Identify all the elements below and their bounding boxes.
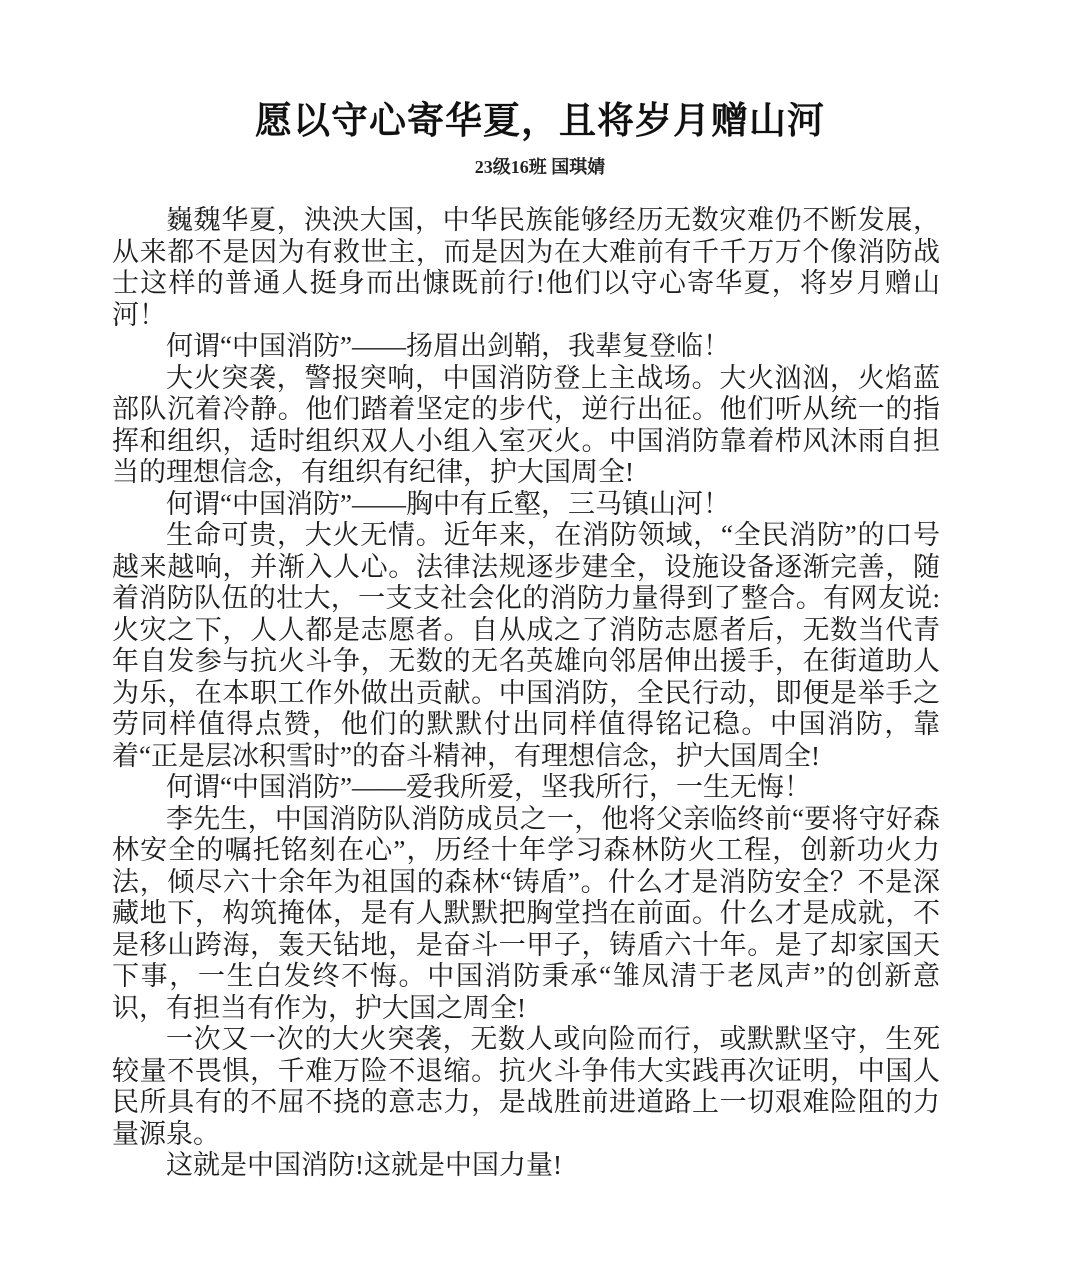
paragraph: 这就是中国消防!这就是中国力量!: [112, 1150, 940, 1182]
paragraph: 生命可贵，大火无情。近年来，在消防领域，“全民消防”的口号越来越响，并渐入人心。…: [112, 520, 940, 772]
byline: 23级16班 国琪婧: [0, 153, 1080, 179]
paragraph: 李先生，中国消防队消防成员之一，他将父亲临终前“要将守好森林安全的嘱托铭刻在心”…: [112, 804, 940, 1025]
page-title: 愿以守心寄华夏，且将岁月赠山河: [0, 0, 1080, 144]
paragraph: 一次又一次的大火突袭，无数人或向险而行，或默默坚守，生死较量不畏惧，千难万险不退…: [112, 1024, 940, 1150]
paragraph: 何谓“中国消防”——爱我所爱，坚我所行，一生无悔！: [112, 772, 940, 804]
paragraph: 巍魏华夏，泱泱大国，中华民族能够经历无数灾难仍不断发展，从来都不是因为有救世主，…: [112, 205, 940, 331]
essay-body: 巍魏华夏，泱泱大国，中华民族能够经历无数灾难仍不断发展，从来都不是因为有救世主，…: [112, 205, 940, 1182]
paragraph: 何谓“中国消防”——扬眉出剑鞘，我辈复登临！: [112, 331, 940, 363]
paragraph: 何谓“中国消防”——胸中有丘壑，三马镇山河！: [112, 489, 940, 521]
document-page: 愿以守心寄华夏，且将岁月赠山河 23级16班 国琪婧 巍魏华夏，泱泱大国，中华民…: [0, 0, 1080, 1288]
paragraph: 大火突袭，警报突响，中国消防登上主战场。大火汹汹，火焰蓝部队沉着冷静。他们踏着坚…: [112, 363, 940, 489]
